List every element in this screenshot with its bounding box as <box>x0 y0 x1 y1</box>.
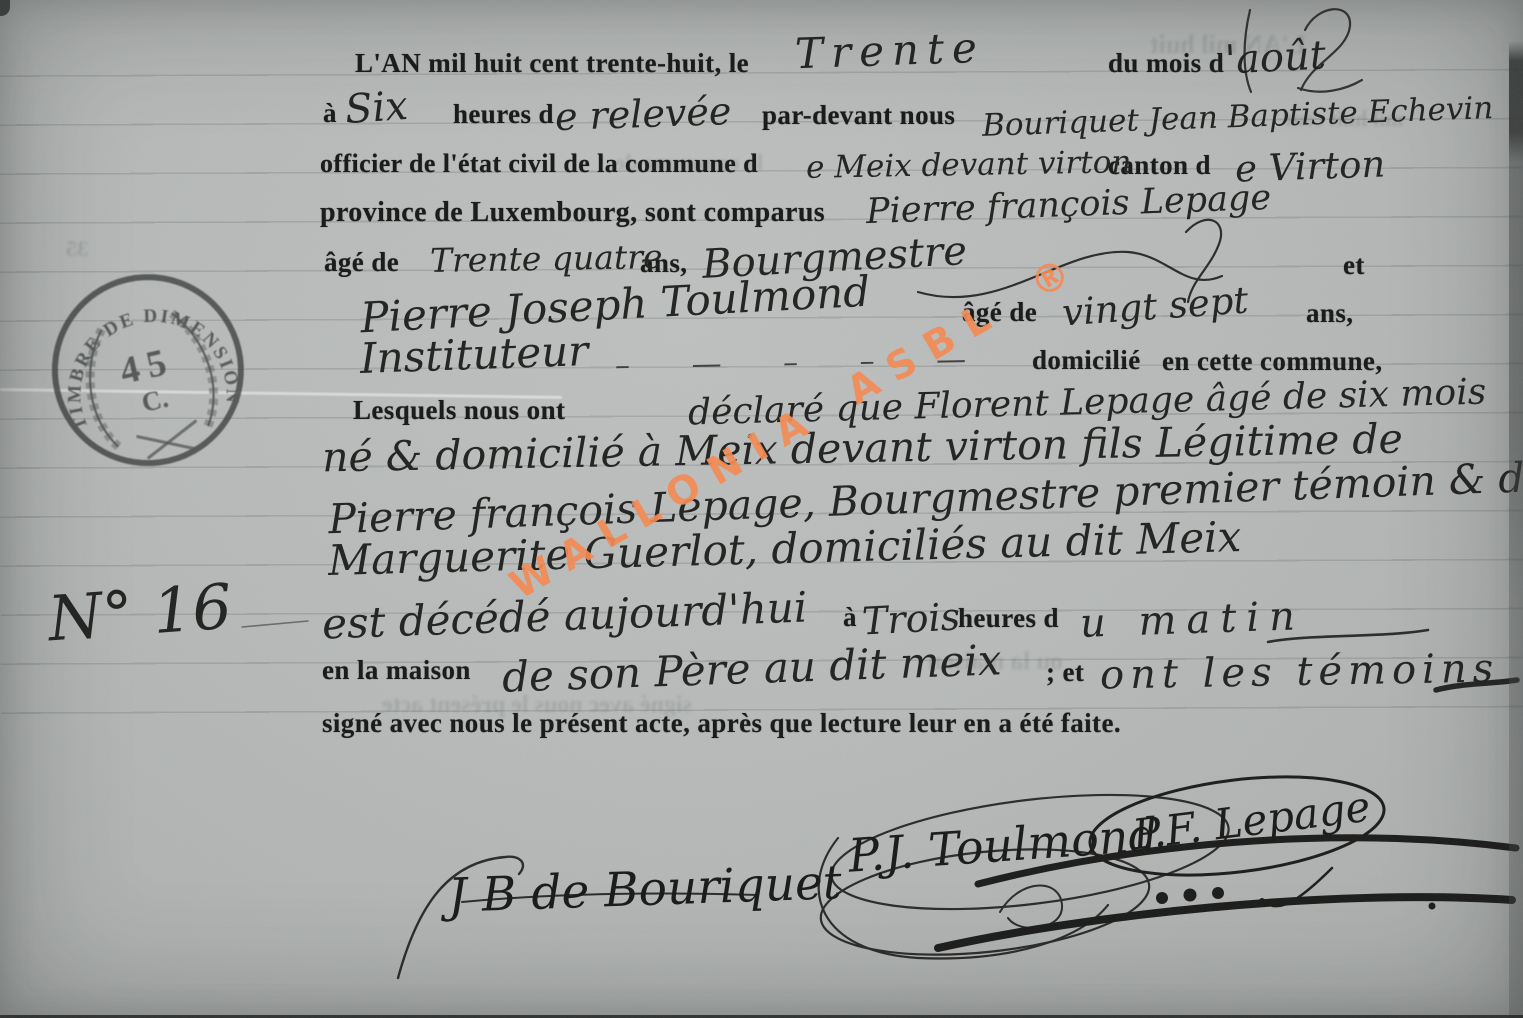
top-right-pen-marks <box>1245 9 1363 92</box>
scan-edge-shadow-right <box>1509 0 1523 1018</box>
act-number-dash <box>242 621 308 627</box>
matin-trailing-dash <box>1268 630 1428 642</box>
temoins-trailing-dash <box>1436 680 1517 690</box>
signature-bouriquet: J B de Bouriquet <box>447 859 842 920</box>
